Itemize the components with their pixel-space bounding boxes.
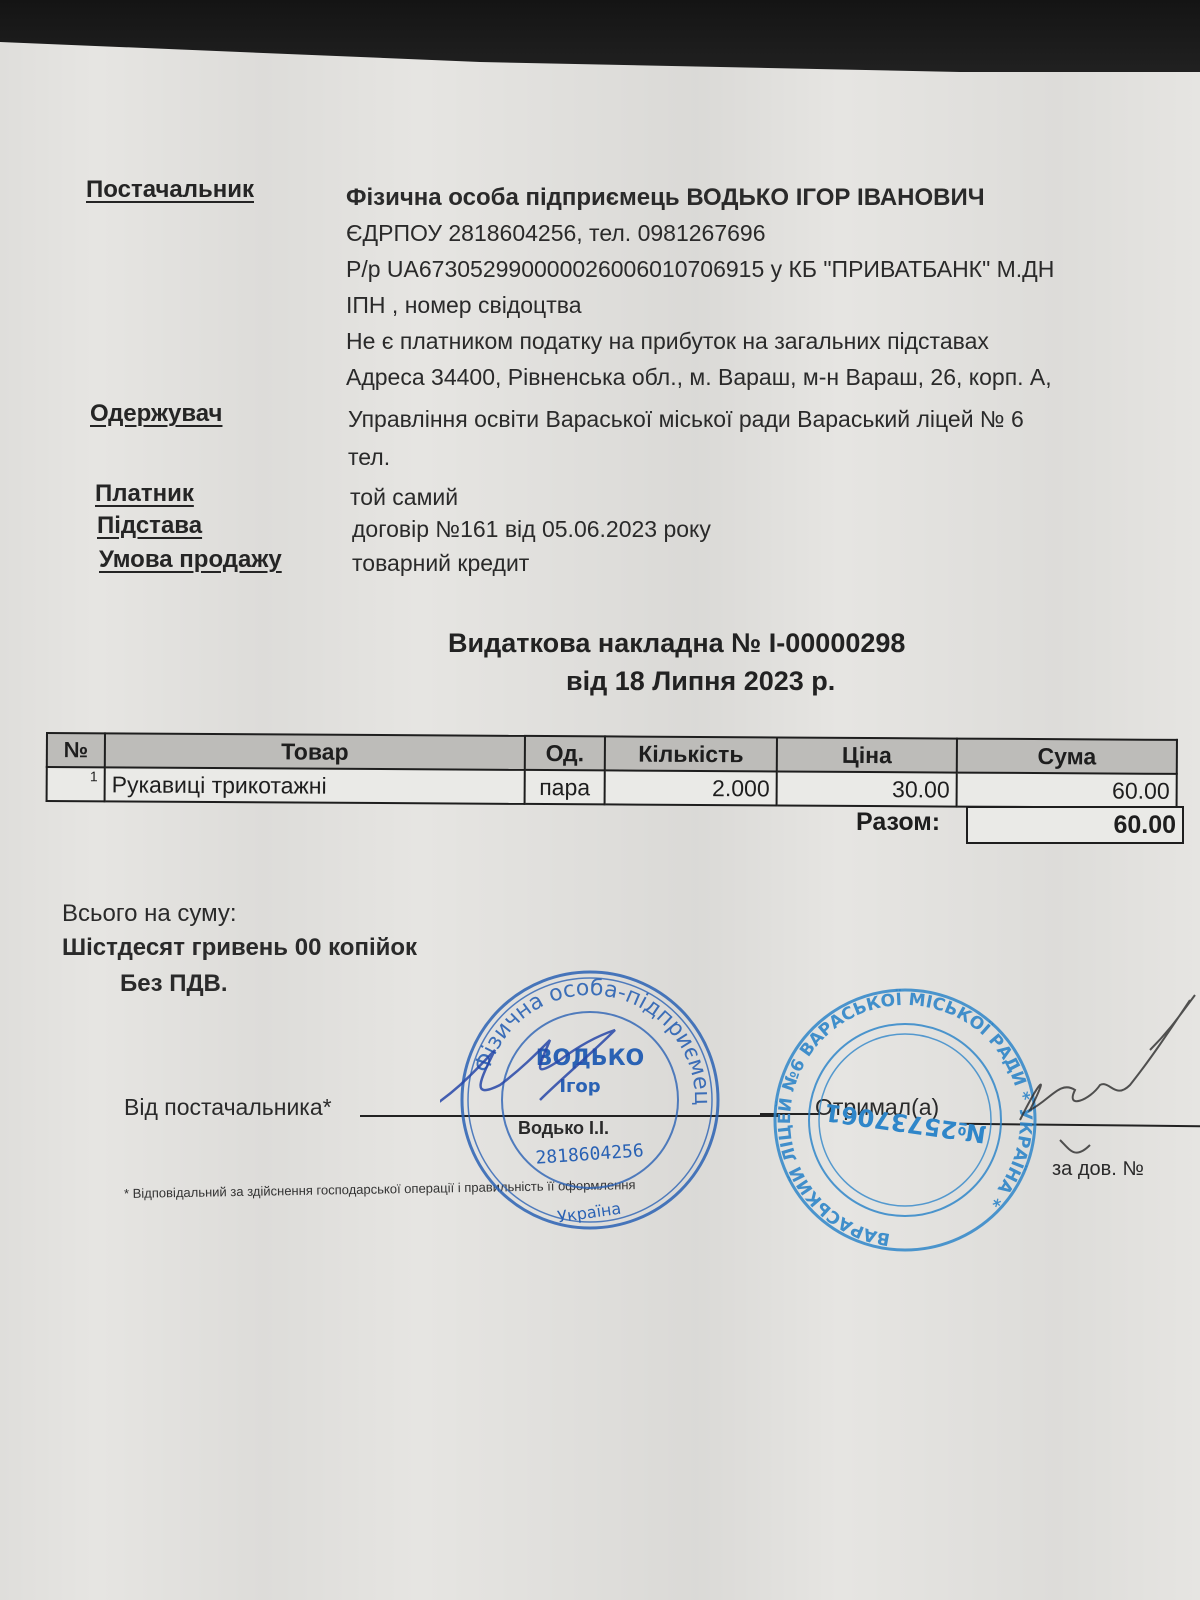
recipient-label: Одержувач	[90, 400, 222, 428]
supplier-name: Фізична особа підприємець ВОДЬКО ІГОР ІВ…	[346, 184, 985, 212]
table-row: 1 Рукавиці трикотажні пара 2.000 30.00 6…	[47, 767, 1177, 808]
recipient-phone: тел.	[348, 444, 390, 471]
vat-note: Без ПДВ.	[120, 970, 228, 998]
recipient-name: Управління освіти Вараської міської ради…	[348, 406, 1024, 433]
supplier-label: Постачальник	[86, 176, 254, 204]
supplier-address: Адреса 34400, Рівненська обл., м. Вараш,…	[346, 364, 1052, 391]
row-sum: 60.00	[957, 773, 1177, 808]
header-unit: Од.	[525, 736, 605, 770]
payer-label: Платник	[95, 480, 194, 508]
summary-label: Всього на суму:	[62, 900, 237, 928]
header-quantity: Кількість	[605, 736, 777, 771]
supplier-ipn: ІПН , номер свідоцтва	[346, 292, 581, 319]
supplier-stamp-code: 2818604256	[535, 1140, 645, 1169]
supplier-stamp-first-name: Ігор	[559, 1076, 600, 1097]
total-label: Разом:	[856, 808, 940, 837]
row-quantity: 2.000	[605, 770, 777, 805]
sale-terms-value: товарний кредит	[352, 550, 529, 577]
sale-terms-label: Умова продажу	[99, 546, 282, 574]
supplier-tax-status: Не є платником податку на прибуток на за…	[346, 328, 989, 355]
supplier-stamp: Фізична особа-підприємець ВОДЬКО Ігор 28…	[440, 970, 740, 1230]
supplier-edrpou-phone: ЄДРПОУ 2818604256, тел. 0981267696	[346, 220, 765, 247]
header-sum: Сума	[957, 739, 1177, 774]
row-unit: пара	[525, 770, 605, 804]
supplier-account: Р/р UA673052990000026006010706915 у КБ "…	[346, 256, 1054, 283]
header-no: №	[47, 733, 105, 767]
recipient-signature-scribble	[1000, 990, 1200, 1190]
basis-label: Підстава	[97, 512, 202, 540]
total-value: 60.00	[966, 806, 1184, 844]
row-product: Рукавиці трикотажні	[105, 767, 525, 804]
row-no: 1	[47, 767, 105, 801]
header-price: Ціна	[777, 737, 957, 772]
basis-value: договір №161 від 05.06.2023 року	[352, 516, 711, 543]
recipient-stamp-code: №25737061	[823, 1098, 988, 1148]
amount-in-words: Шістдесят гривень 00 копійок	[62, 934, 417, 962]
items-table: № Товар Од. Кількість Ціна Сума 1 Рукави…	[46, 732, 1178, 809]
header-product: Товар	[105, 733, 525, 770]
from-supplier-label: Від постачальника*	[124, 1094, 332, 1121]
document-date: від 18 Липня 2023 р.	[566, 666, 835, 697]
supplier-stamp-name: ВОДЬКО	[536, 1046, 645, 1071]
row-price: 30.00	[777, 771, 957, 806]
payer-value: той самий	[350, 484, 458, 511]
document-title: Видаткова накладна № І-00000298	[448, 628, 905, 659]
